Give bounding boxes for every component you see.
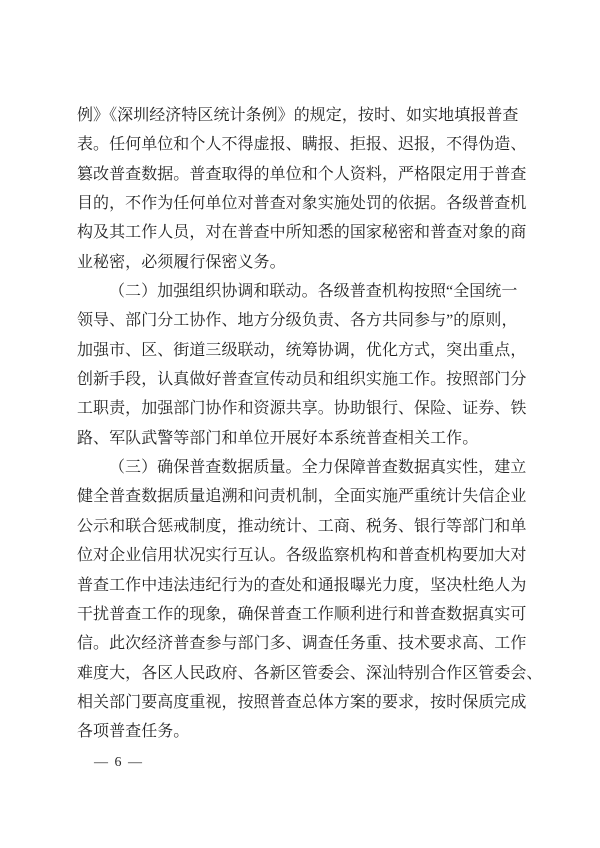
text-line: 公示和联合惩戒制度，推动统计、工商、税务、银行等部门和单 <box>77 512 529 541</box>
text-line: 位对企业信用状况实行互认。各级监察机构和普查机构要加大对 <box>77 541 529 570</box>
text-line: 干扰普查工作的现象，确保普查工作顺利进行和普查数据真实可 <box>77 600 529 629</box>
text-line: 构及其工作人员，对在普查中所知悉的国家秘密和普查对象的商 <box>77 218 529 247</box>
document-page: 例》《深圳经济特区统计条例》的规定，按时、如实地填报普查表。任何单位和个人不得虚… <box>0 0 600 848</box>
text-line: 创新手段，认真做好普查宣传动员和组织实施工作。按照部门分 <box>77 365 529 394</box>
text-line: 工职责，加强部门协作和资源共享。协助银行、保险、证券、铁 <box>77 394 529 423</box>
text-line: 例》《深圳经济特区统计条例》的规定，按时、如实地填报普查 <box>77 101 529 130</box>
text-line: 领导、部门分工协作、地方分级负责、各方共同参与”的原则， <box>77 306 529 335</box>
text-line: 相关部门要高度重视，按照普查总体方案的要求，按时保质完成 <box>77 688 529 717</box>
text-line: （三）确保普查数据质量。全力保障普查数据真实性，建立 <box>77 453 529 482</box>
text-line: 路、军队武警等部门和单位开展好本系统普查相关工作。 <box>77 424 529 453</box>
text-line: 加强市、区、街道三级联动，统筹协调，优化方式，突出重点， <box>77 336 529 365</box>
text-line: 各项普查任务。 <box>77 717 529 746</box>
text-line: 健全普查数据质量追溯和问责机制，全面实施严重统计失信企业 <box>77 482 529 511</box>
text-line: （二）加强组织协调和联动。各级普查机构按照“全国统一 <box>77 277 529 306</box>
text-line: 普查工作中违法违纪行为的查处和通报曝光力度，坚决杜绝人为 <box>77 571 529 600</box>
text-line: 信。此次经济普查参与部门多、调查任务重、技术要求高、工作 <box>77 629 529 658</box>
text-line: 目的，不作为任何单位对普查对象实施处罚的依据。各级普查机 <box>77 189 529 218</box>
page-number: — 6 — <box>94 753 144 773</box>
document-body: 例》《深圳经济特区统计条例》的规定，按时、如实地填报普查表。任何单位和个人不得虚… <box>77 101 529 747</box>
text-line: 难度大，各区人民政府、各新区管委会、深汕特别合作区管委会、 <box>77 659 529 688</box>
paragraph: 例》《深圳经济特区统计条例》的规定，按时、如实地填报普查表。任何单位和个人不得虚… <box>77 101 529 277</box>
paragraph: （三）确保普查数据质量。全力保障普查数据真实性，建立健全普查数据质量追溯和问责机… <box>77 453 529 746</box>
text-line: 篡改普查数据。普查取得的单位和个人资料，严格限定用于普查 <box>77 160 529 189</box>
text-line: 表。任何单位和个人不得虚报、瞒报、拒报、迟报，不得伪造、 <box>77 130 529 159</box>
paragraph: （二）加强组织协调和联动。各级普查机构按照“全国统一领导、部门分工协作、地方分级… <box>77 277 529 453</box>
text-line: 业秘密，必须履行保密义务。 <box>77 248 529 277</box>
